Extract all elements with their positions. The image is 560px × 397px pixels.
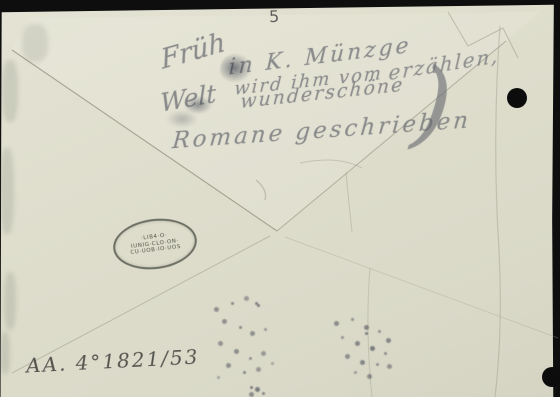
offset-streak: [2, 60, 18, 122]
page-number: 5: [269, 7, 280, 26]
offset-streak: [0, 148, 14, 234]
punch-hole-top: [507, 88, 527, 108]
ink-speckles-left: [255, 302, 258, 305]
punch-hole-bottom: [542, 367, 560, 387]
ink-speckles-edge: [250, 386, 253, 389]
offset-streak: [22, 24, 48, 62]
offset-streak: [4, 272, 16, 330]
ink-speckles-right: [365, 332, 368, 335]
offset-streak: [0, 332, 10, 374]
envelope-scan: 5 Früh in K. Münzge erzählen, wird ihm v…: [0, 0, 560, 397]
